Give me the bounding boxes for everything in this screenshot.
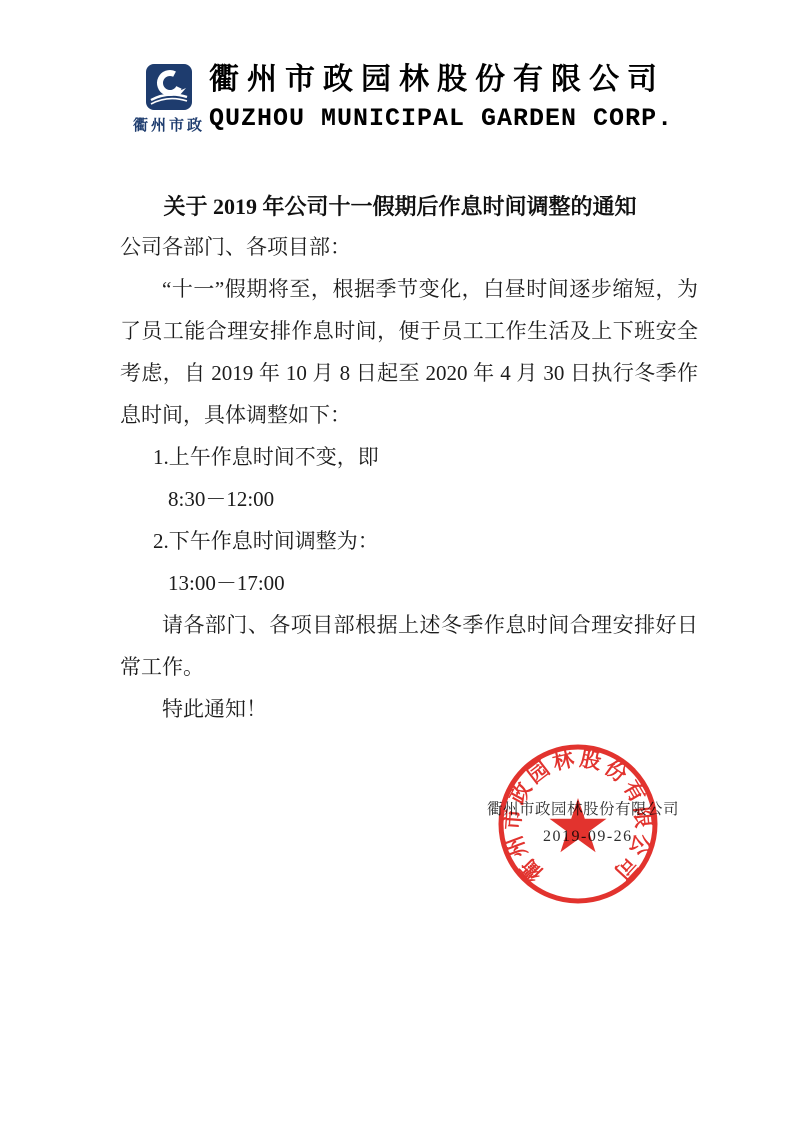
time-range-afternoon: 13:00－17:00 (120, 562, 698, 604)
document-page: 衢州市政 衢州市政园林股份有限公司 QUZHOU MUNICIPAL GARDE… (0, 0, 800, 1131)
letterhead: 衢州市政 衢州市政园林股份有限公司 QUZHOU MUNICIPAL GARDE… (132, 62, 673, 135)
company-name-cn: 衢州市政园林股份有限公司 (209, 63, 673, 97)
list-item-1: 1.上午作息时间不变，即 (120, 436, 698, 478)
notice-line: 特此通知！ (120, 688, 698, 730)
document-title: 关于 2019 年公司十一假期后作息时间调整的通知 (0, 190, 800, 224)
time-range-morning: 8:30－12:00 (120, 478, 698, 520)
star-icon (550, 798, 607, 852)
logo-caption: 衢州市政 (132, 114, 206, 135)
company-name-block: 衢州市政园林股份有限公司 QUZHOU MUNICIPAL GARDEN COR… (209, 62, 673, 133)
list-item-2: 2.下午作息时间调整为： (120, 520, 698, 562)
closing-paragraph: 请各部门、各项目部根据上述冬季作息时间合理安排好日常工作。 (120, 604, 698, 688)
company-seal-stamp: 衢州市政园林股份有限公司 (496, 742, 660, 906)
body-paragraph: “十一”假期将至，根据季节变化，白昼时间逐步缩短，为了员工能合理安排作息时间，便… (120, 268, 698, 436)
company-logo-icon (146, 64, 192, 110)
company-name-en: QUZHOU MUNICIPAL GARDEN CORP. (209, 104, 673, 133)
salutation: 公司各部门、各项目部： (120, 226, 698, 268)
document-body: 公司各部门、各项目部： “十一”假期将至，根据季节变化，白昼时间逐步缩短，为了员… (120, 226, 698, 730)
company-logo: 衢州市政 (132, 62, 206, 135)
